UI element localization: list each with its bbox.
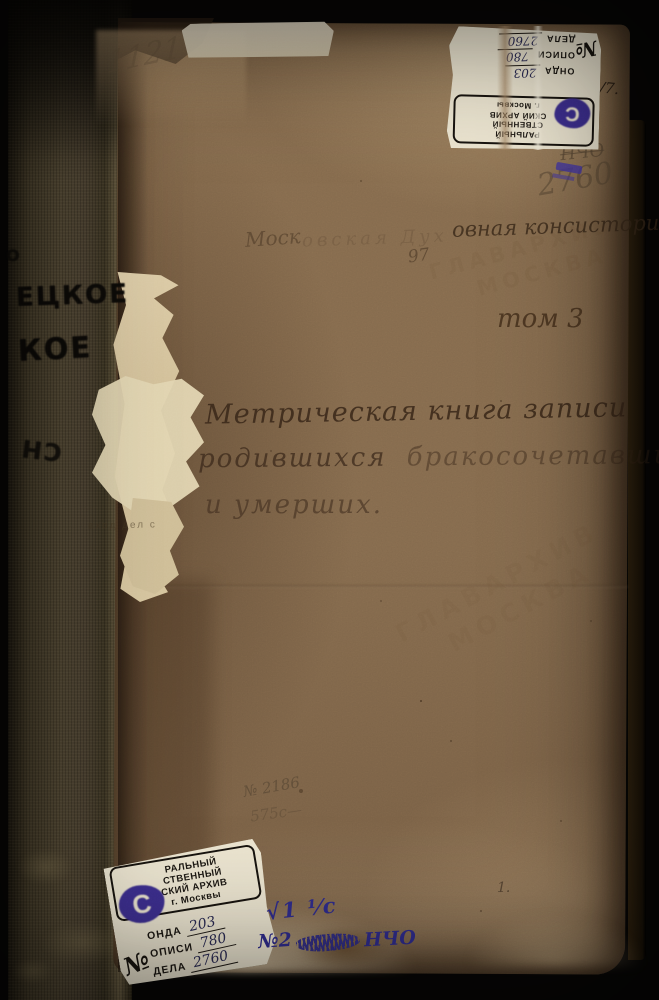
archive-label-rows: № ОНДА 203 ОПИСИ 780 ДЕЛА 2760 xyxy=(454,30,597,82)
spine-stamp-word-2: КОЕ xyxy=(17,330,93,368)
archive-label-header-box: РАЛЬНЫЙ СТВЕННЫЙ СКИЙ АРХИВ г. Москвы С xyxy=(453,94,595,147)
opis-row: ОПИСИ 780 xyxy=(455,47,575,65)
bottom-right-stain xyxy=(470,896,640,966)
ballpoint-note-2-prefix: №2 xyxy=(257,929,292,953)
main-title-line-2b: бракосочетавшихся xyxy=(407,440,659,473)
delo-label: ДЕЛА xyxy=(152,961,187,978)
stamp-letter: С xyxy=(130,887,154,921)
title-number-below: 97 xyxy=(407,245,431,268)
torn-paper-strip-wide xyxy=(92,376,204,514)
stamp-letter: С xyxy=(565,102,580,125)
delo-row: ДЕЛА 2760 xyxy=(455,31,575,49)
label-crease-tear xyxy=(497,26,513,150)
main-title-line-2: родившихся бракосочетавшихся xyxy=(198,440,659,475)
dirt-specks xyxy=(420,700,422,702)
ink-faint-mark: 1. xyxy=(497,880,510,896)
label-crease-ridge xyxy=(533,26,543,150)
strip-faint-stamp-text: вход дел с xyxy=(88,519,157,531)
delo-label: ДЕЛА xyxy=(546,34,575,45)
number-sign: № xyxy=(573,36,599,64)
main-title-line-2a: родившихся xyxy=(198,443,387,475)
spine-stamp-word-1: ЕЦКОЕ xyxy=(16,279,130,313)
tape-strip-top xyxy=(182,20,335,60)
purple-stamp-monogram: С xyxy=(554,98,591,129)
page-edges xyxy=(628,120,646,960)
archive-label-top: РАЛЬНЫЙ СТВЕННЫЙ СКИЙ АРХИВ г. Москвы С … xyxy=(446,26,601,152)
title-fragment-start: Моск xyxy=(244,224,301,252)
fond-label: ОНДА xyxy=(544,66,575,77)
left-shadow-stain xyxy=(132,580,212,870)
photo-of-archival-book-cover: О ЕЦКОЕ КОЕ СН ГЛАВАРХИВ МОСКВА ГЛАВАРХИ… xyxy=(0,0,659,1000)
volume-label: том 3 xyxy=(497,304,584,334)
main-title-line-3: и умерших. xyxy=(205,490,383,520)
spine-stamp-word-3: СН xyxy=(18,434,63,467)
ballpoint-note-2-suffix: НЧО xyxy=(363,927,416,952)
fond-row: ОНДА 203 xyxy=(454,63,574,81)
spine-stamp-fragment: О xyxy=(6,246,22,265)
